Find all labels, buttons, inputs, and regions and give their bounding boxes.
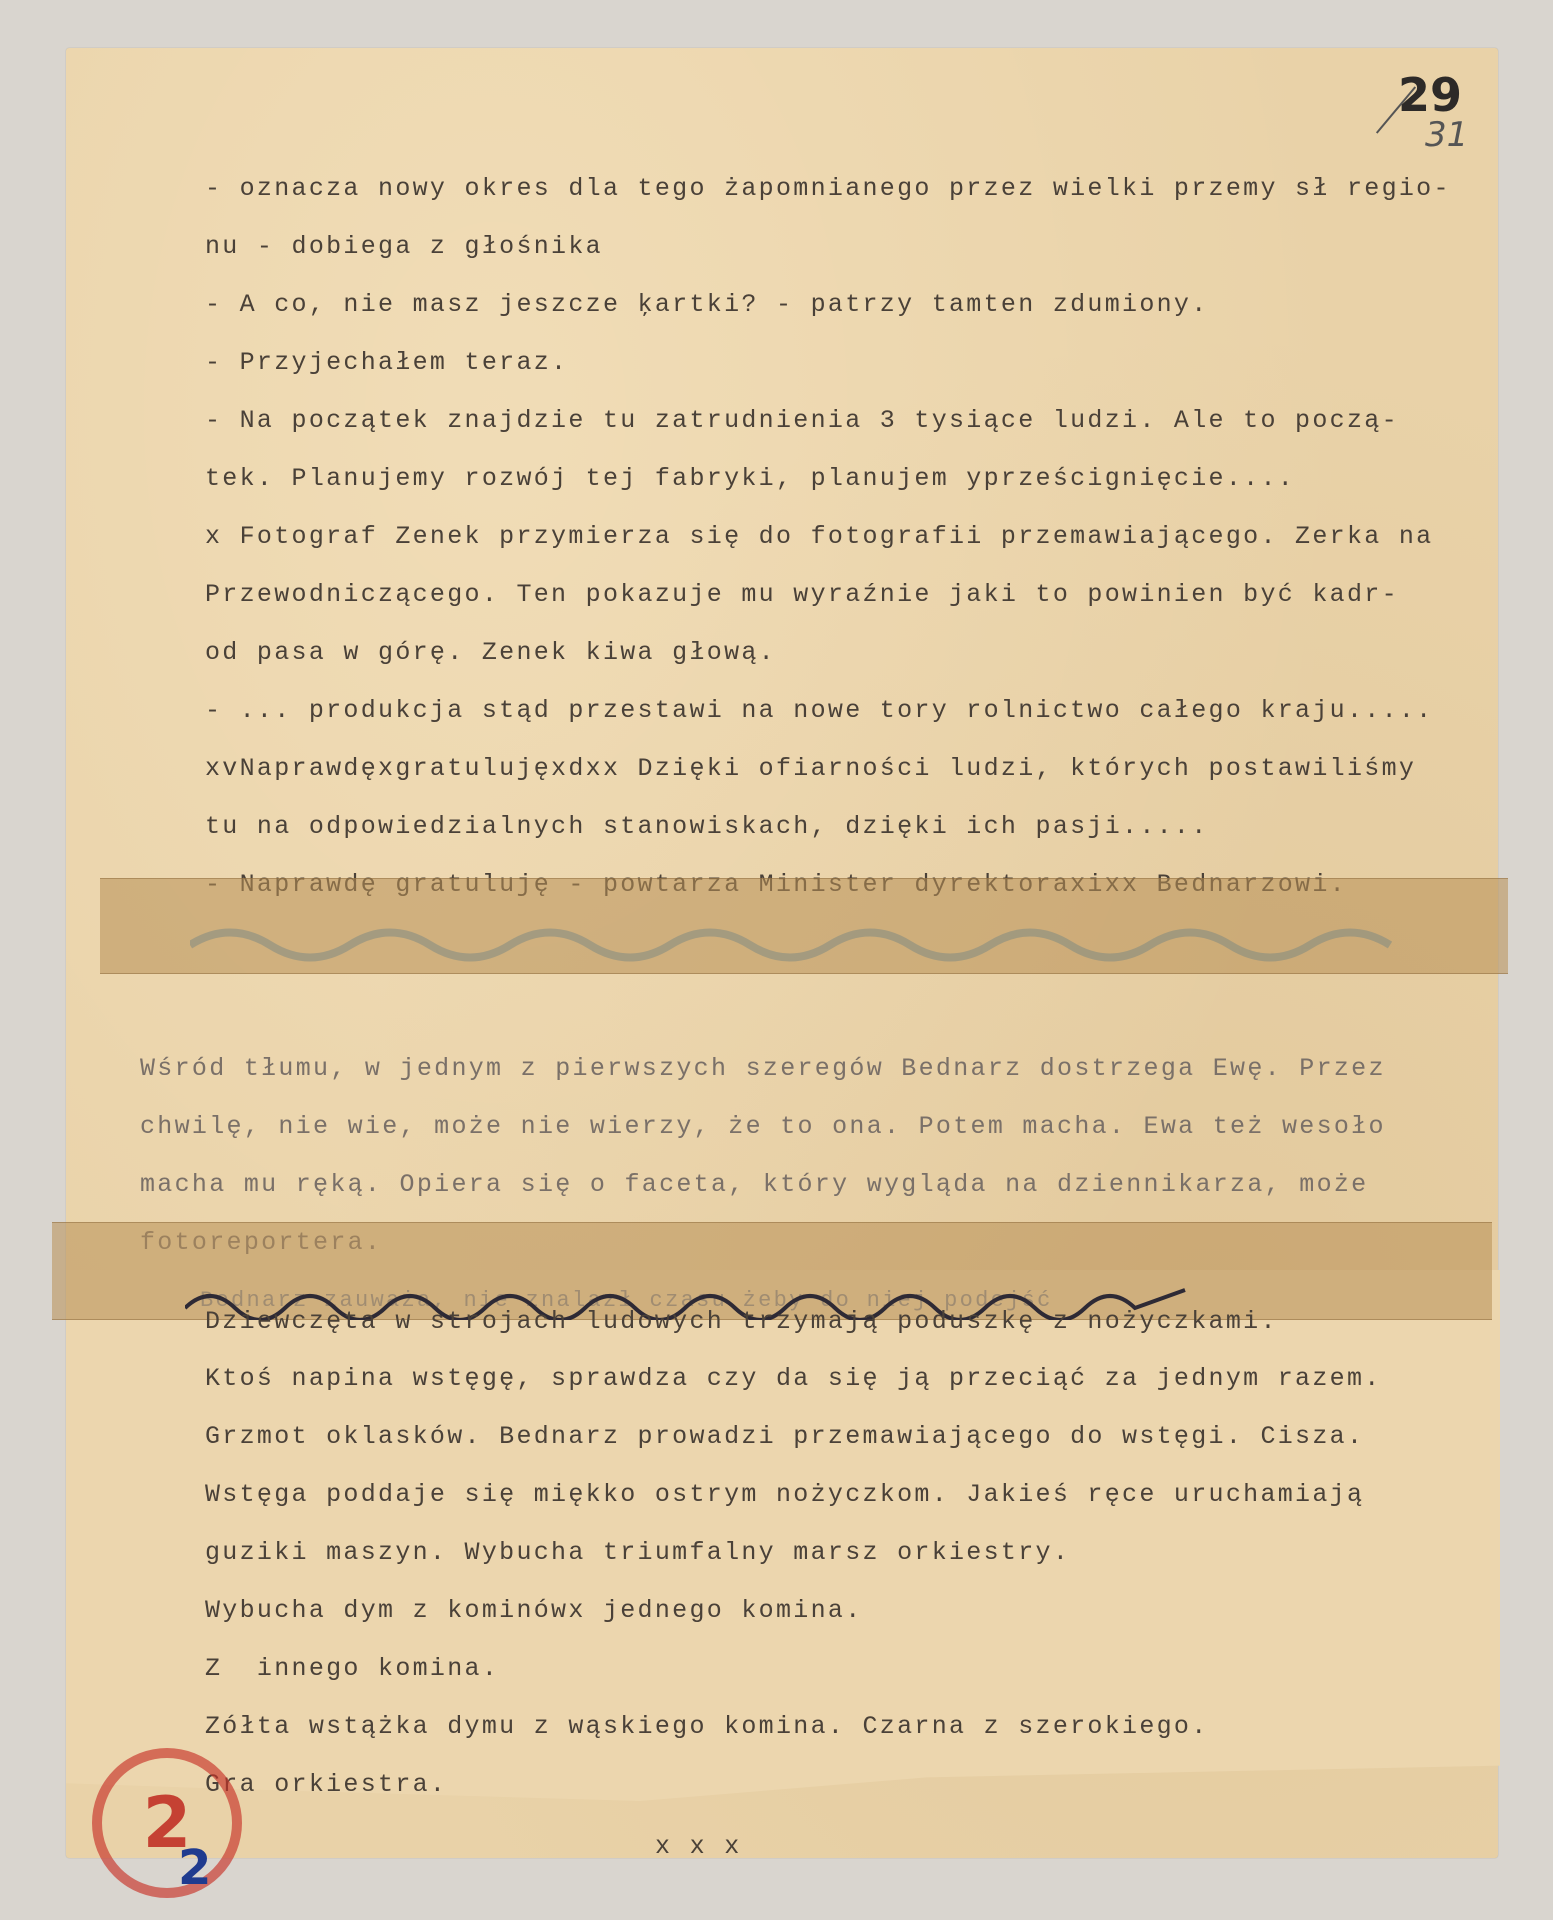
text-line: - oznacza nowy okres dla tego żapomniane… [205,174,1451,203]
text-line: - ... produkcja stąd przestawi na nowe t… [205,696,1433,725]
text-line: - Przyjechałem teraz. [205,348,568,377]
text-line: Z innego komina. [205,1654,499,1683]
text-line: Wśród tłumu, w jednym z pierwszych szere… [140,1054,1386,1083]
text-line: od pasa w górę. Zenek kiwa głową. [205,638,776,667]
text-line: guziki maszyn. Wybucha triumfalny marsz … [205,1538,1070,1567]
pencil-scribble-upper [190,915,1440,975]
text-line: x Fotograf Zenek przymierza się do fotog… [205,522,1433,551]
text-line: tu na odpowiedzialnych stanowiskach, dzi… [205,812,1209,841]
text-line: chwilę, nie wie, może nie wierzy, że to … [140,1112,1386,1141]
red-archive-stamp: 2 [92,1748,242,1898]
text-line: xvNaprawdęxgratulujęxdxx Dzięki ofiarnoś… [205,754,1416,783]
text-line: nu - dobiega z głośnika [205,232,603,261]
text-line: Zółta wstążka dymu z wąskiego komina. Cz… [205,1712,1209,1741]
text-line: Gra orkiestra. [205,1770,447,1799]
text-line: macha mu ręką. Opiera się o faceta, któr… [140,1170,1368,1199]
section-separator: x x x [655,1832,742,1861]
text-line: Dziewczęta w strojach ludowych trzymają … [205,1307,1278,1336]
text-line: Wstęga poddaje się miękko ostrym nożyczk… [205,1480,1364,1509]
page-number-original: 29 [1398,68,1462,122]
text-line: Wybucha dym z kominówx jednego komina. [205,1596,863,1625]
text-line: Grzmot oklasków. Bednarz prowadzi przema… [205,1422,1364,1451]
text-line: tek. Planujemy rozwój tej fabryki, planu… [205,464,1295,493]
page-number-corrected: 31 [1425,115,1468,155]
blue-ink-mark: 2 [178,1840,211,1896]
text-line: Przewodniczącego. Ten pokazuje mu wyraźn… [205,580,1399,609]
text-line: - A co, nie masz jeszcze ķartki? - patrz… [205,290,1209,319]
text-line: Ktoś napina wstęgę, sprawdza czy da się … [205,1364,1382,1393]
text-line: - Na początek znajdzie tu zatrudnienia 3… [205,406,1399,435]
